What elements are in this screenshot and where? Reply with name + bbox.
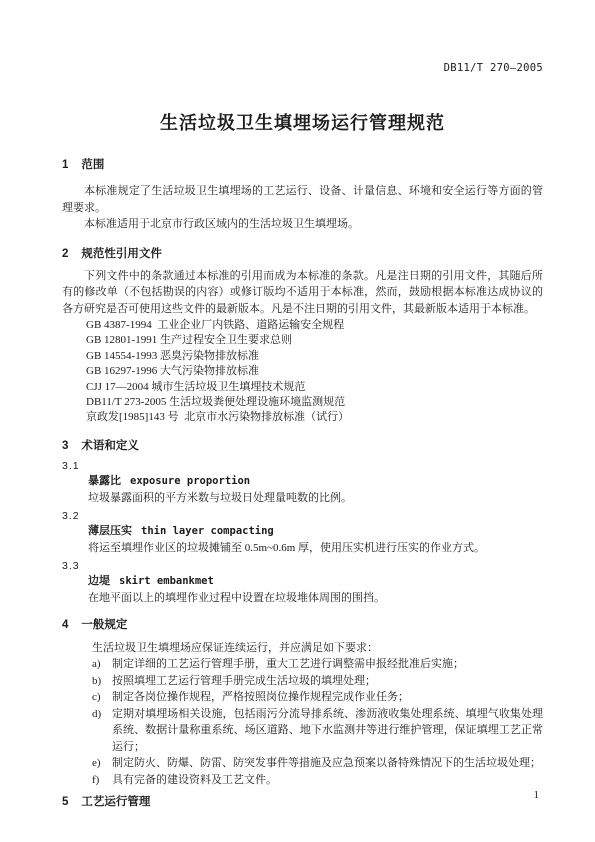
term-definition: 垃圾暴露面积的平方米数与垃圾日处理量吨数的比例。 [62,490,543,507]
document-page: DB11/T 270—2005 生活垃圾卫生填埋场运行管理规范 1范围 本标准规… [0,0,595,842]
section-heading: 2规范性引用文件 [62,246,543,262]
requirement-list: a)制定详细的工艺运行管理手册，重大工艺进行调整需申报经批准后实施； b)按照填… [62,656,543,788]
term-definition: 在地平面以上的填埋作业过程中设置在垃圾堆体周围的围挡。 [62,590,543,607]
list-item-text: 制定防火、防爆、防雷、防突发事件等措施及应急预案以备特殊情况下的生活垃圾处理； [112,755,543,772]
term-number: 3.2 [62,510,543,523]
term-block: 3.2 薄层压实thin layer compacting 将运至填埋作业区的垃… [62,510,543,557]
term-name-en: exposure proportion [130,475,250,487]
list-item: f)具有完备的建设资料及工艺文件。 [62,772,543,789]
section-heading: 3术语和定义 [62,438,543,454]
section-number: 5 [62,794,68,810]
term-name-en: thin layer compacting [141,525,274,537]
term-name-cn: 边堤 [88,575,110,587]
section-heading: 1范围 [62,157,543,173]
section-number: 1 [62,157,68,173]
section-general-provisions: 4一般规定 生活垃圾卫生填埋场应保证连续运行，并应满足如下要求： a)制定详细的… [62,617,543,789]
list-item-label: a) [92,656,112,673]
reference-list: GB 4387-1994 工业企业厂内铁路、道路运输安全规程 GB 12801-… [62,318,543,426]
reference-item: CJJ 17—2004 城市生活垃圾卫生填埋技术规范 [62,380,543,395]
list-item: e)制定防火、防爆、防雷、防突发事件等措施及应急预案以备特殊情况下的生活垃圾处理… [62,755,543,772]
list-item-label: c) [92,689,112,706]
section-number: 4 [62,617,68,633]
paragraph: 本标准规定了生活垃圾卫生填埋场的工艺运行、设备、计量信息、环境和安全运行等方面的… [62,183,543,216]
list-item-text: 按照填埋工艺运行管理手册完成生活垃圾的填埋处理； [112,673,543,690]
term-name-cn: 薄层压实 [88,525,132,537]
term-name: 薄层压实thin layer compacting [62,523,543,540]
list-item-text: 定期对填埋场相关设施，包括雨污分流导排系统、渗沥液收集处理系统、填埋气收集处理系… [112,706,543,756]
term-number: 3.3 [62,560,543,573]
section-terms-definitions: 3术语和定义 3.1 暴露比exposure proportion 垃圾暴露面积… [62,438,543,607]
section-heading: 5工艺运行管理 [62,794,543,810]
section-heading-text: 术语和定义 [81,440,139,452]
section-number: 3 [62,438,68,454]
paragraph: 生活垃圾卫生填埋场应保证连续运行，并应满足如下要求： [62,640,543,657]
term-name: 边堤skirt embankmet [62,573,543,590]
list-item-text: 制定各岗位操作规程，严格按照岗位操作规程完成作业任务； [112,689,543,706]
term-name: 暴露比exposure proportion [62,473,543,490]
term-name-en: skirt embankmet [119,575,214,587]
paragraph: 本标准适用于北京市行政区域内的生活垃圾卫生填埋场。 [62,216,543,233]
list-item-label: d) [92,706,112,756]
section-scope: 1范围 本标准规定了生活垃圾卫生填埋场的工艺运行、设备、计量信息、环境和安全运行… [62,157,543,233]
paragraph: 下列文件中的条款通过本标准的引用而成为本标准的条款。凡是注日期的引用文件，其随后… [62,268,543,318]
doc-code: DB11/T 270—2005 [62,62,543,75]
reference-item: GB 14554-1993 恶臭污染物排放标准 [62,349,543,364]
list-item: a)制定详细的工艺运行管理手册，重大工艺进行调整需申报经批准后实施； [62,656,543,673]
list-item-label: b) [92,673,112,690]
list-item-text: 制定详细的工艺运行管理手册，重大工艺进行调整需申报经批准后实施； [112,656,543,673]
term-definition: 将运至填埋作业区的垃圾摊铺至 0.5m~0.6m 厚，使用压实机进行压实的作业方… [62,540,543,557]
list-item-text: 具有完备的建设资料及工艺文件。 [112,772,543,789]
section-heading-text: 一般规定 [81,619,127,631]
reference-item: DB11/T 273-2005 生活垃圾粪便处理设施环境监测规范 [62,395,543,410]
reference-item: 京政发[1985]143 号 北京市水污染物排放标准（试行） [62,410,543,425]
list-item-label: f) [92,772,112,789]
document-title: 生活垃圾卫生填埋场运行管理规范 [62,111,543,135]
term-block: 3.1 暴露比exposure proportion 垃圾暴露面积的平方米数与垃… [62,460,543,507]
reference-item: GB 12801-1991 生产过程安全卫生要求总则 [62,333,543,348]
term-name-cn: 暴露比 [88,475,121,487]
term-block: 3.3 边堤skirt embankmet 在地平面以上的填埋作业过程中设置在垃… [62,560,543,607]
reference-item: GB 4387-1994 工业企业厂内铁路、道路运输安全规程 [62,318,543,333]
section-number: 2 [62,246,68,262]
list-item: b)按照填埋工艺运行管理手册完成生活垃圾的填埋处理； [62,673,543,690]
list-item: d)定期对填埋场相关设施，包括雨污分流导排系统、渗沥液收集处理系统、填埋气收集处… [62,706,543,756]
section-heading-text: 范围 [81,159,104,171]
section-heading-text: 工艺运行管理 [81,796,150,808]
reference-item: GB 16297-1996 大气污染物排放标准 [62,364,543,379]
section-normative-references: 2规范性引用文件 下列文件中的条款通过本标准的引用而成为本标准的条款。凡是注日期… [62,246,543,426]
term-number: 3.1 [62,460,543,473]
list-item-label: e) [92,755,112,772]
list-item: c)制定各岗位操作规程，严格按照岗位操作规程完成作业任务； [62,689,543,706]
section-heading-text: 规范性引用文件 [81,248,162,260]
section-heading: 4一般规定 [62,617,543,633]
page-number: 1 [534,788,540,802]
section-process-operation-management: 5工艺运行管理 [62,794,543,810]
